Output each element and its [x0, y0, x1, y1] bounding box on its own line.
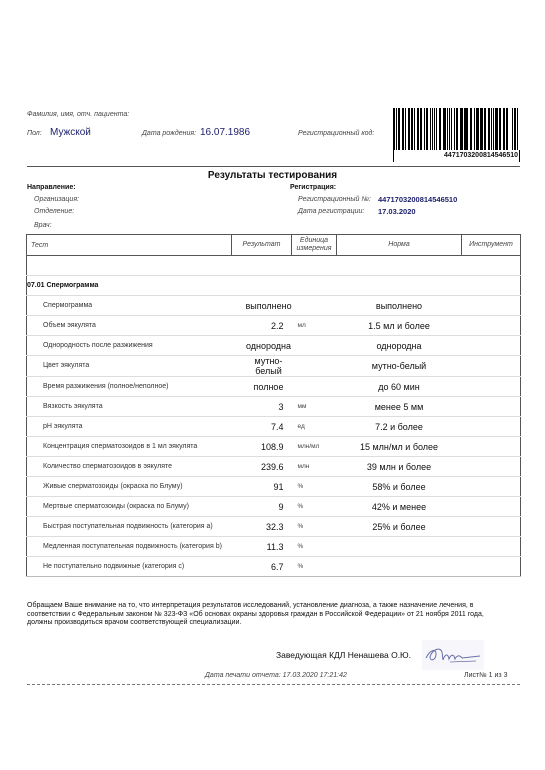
table-row: Медленная поступательная подвижность (ка…	[27, 537, 521, 557]
unit-value	[292, 296, 337, 316]
doctor-label: Врач:	[34, 222, 52, 229]
norm-value: 15 млн/мл и более	[337, 437, 462, 457]
unit-value: млн/мл	[292, 437, 337, 457]
table-row: Не поступательно подвижные (категория c)…	[27, 557, 521, 577]
registration-code-label: Регистрационный код:	[298, 130, 374, 137]
instrument-value	[462, 537, 521, 557]
divider	[27, 166, 520, 167]
table-row: Спермограммавыполненовыполнено	[27, 296, 521, 316]
result-value: 11.3	[232, 537, 292, 557]
test-name: Концентрация сперматозоидов в 1 мл эякул…	[27, 437, 232, 457]
norm-value: 42% и менее	[337, 497, 462, 517]
instrument-value	[462, 497, 521, 517]
norm-value: выполнено	[337, 296, 462, 316]
norm-value: менее 5 мм	[337, 397, 462, 417]
result-value: 7.4	[232, 417, 292, 437]
barcode-number: 4471703200814546510	[444, 152, 518, 159]
instrument-value	[462, 316, 521, 336]
norm-value: мутно-белый	[337, 356, 462, 377]
registration-date-value: 17.03.2020	[378, 207, 416, 216]
test-name: Однородность после разжижения	[27, 336, 232, 356]
column-header-unit: Единица измерения	[292, 235, 337, 256]
norm-value: 25% и более	[337, 517, 462, 537]
test-name: Медленная поступательная подвижность (ка…	[27, 537, 232, 557]
unit-value: %	[292, 477, 337, 497]
table-row: Вязкость эякулята3ммменее 5 мм	[27, 397, 521, 417]
department-label: Отделение:	[34, 208, 74, 215]
signature-icon	[422, 640, 484, 670]
instrument-value	[462, 336, 521, 356]
unit-value: %	[292, 497, 337, 517]
group-name: 07.01 Спермограмма	[27, 276, 521, 296]
barcode: 4471703200814546510	[393, 108, 520, 163]
column-header-result: Результат	[232, 235, 292, 256]
disclaimer-text: Обращаем Ваше внимание на то, что интерп…	[27, 602, 507, 628]
table-row: Мертвые сперматозоиды (окраска по Блуму)…	[27, 497, 521, 517]
organization-label: Организация:	[34, 196, 79, 203]
table-row: Цвет эякулятамутно-белыймутно-белый	[27, 356, 521, 377]
instrument-value	[462, 517, 521, 537]
instrument-value	[462, 417, 521, 437]
unit-value: ед	[292, 417, 337, 437]
table-row: Объем эякулята2.2мл1.5 мл и более	[27, 316, 521, 336]
norm-value: 7.2 и более	[337, 417, 462, 437]
patient-name-label: Фамилия, имя, отч. пациента:	[27, 111, 129, 118]
test-name: Время разжижения (полное/неполное)	[27, 377, 232, 397]
column-header-instrument: Инструмент	[462, 235, 521, 256]
norm-value	[337, 557, 462, 577]
registration-number-value: 4471703200814546510	[378, 195, 457, 204]
instrument-value	[462, 397, 521, 417]
result-value: 32.3	[232, 517, 292, 537]
instrument-value	[462, 557, 521, 577]
instrument-value	[462, 457, 521, 477]
result-value: 91	[232, 477, 292, 497]
instrument-value	[462, 356, 521, 377]
dob-value: 16.07.1986	[200, 127, 250, 138]
table-row: Концентрация сперматозоидов в 1 мл эякул…	[27, 437, 521, 457]
test-name: Спермограмма	[27, 296, 232, 316]
instrument-value	[462, 437, 521, 457]
table-row: Количество сперматозоидов в эякуляте239.…	[27, 457, 521, 477]
column-header-norm: Норма	[337, 235, 462, 256]
registration-heading: Регистрация:	[290, 184, 336, 191]
test-name: Объем эякулята	[27, 316, 232, 336]
result-value: 2.2	[232, 316, 292, 336]
table-row: Живые сперматозоиды (окраска по Блуму)91…	[27, 477, 521, 497]
unit-value: мм	[292, 397, 337, 417]
result-value: однородна	[232, 336, 292, 356]
test-name: Цвет эякулята	[27, 356, 232, 377]
print-date: Дата печати отчета: 17.03.2020 17:21:42	[205, 672, 347, 679]
result-value: 239.6	[232, 457, 292, 477]
result-value: выполнено	[232, 296, 292, 316]
norm-value: 39 млн и более	[337, 457, 462, 477]
result-value: 108.9	[232, 437, 292, 457]
norm-value: 58% и более	[337, 477, 462, 497]
unit-value: %	[292, 517, 337, 537]
table-row: Время разжижения (полное/неполное)полное…	[27, 377, 521, 397]
unit-value	[292, 336, 337, 356]
column-header-test: Тест	[27, 235, 232, 256]
page-title: Результаты тестирования	[0, 170, 545, 181]
group-row: 07.01 Спермограмма	[27, 276, 521, 296]
sex-label: Пол:	[27, 130, 42, 137]
instrument-value	[462, 296, 521, 316]
test-name: pH эякулята	[27, 417, 232, 437]
test-name: Не поступательно подвижные (категория c)	[27, 557, 232, 577]
table-row: pH эякулята7.4ед7.2 и более	[27, 417, 521, 437]
result-value: 6.7	[232, 557, 292, 577]
registration-number-label: Регистрационный №:	[298, 196, 371, 203]
result-value: 3	[232, 397, 292, 417]
unit-value	[292, 377, 337, 397]
dob-label: Дата рождения:	[142, 130, 196, 137]
barcode-bars	[393, 108, 520, 150]
norm-value: 1.5 мл и более	[337, 316, 462, 336]
unit-value	[292, 356, 337, 377]
spacer-row	[27, 256, 521, 276]
result-value: мутно-белый	[232, 356, 292, 377]
instrument-value	[462, 377, 521, 397]
test-name: Живые сперматозоиды (окраска по Блуму)	[27, 477, 232, 497]
unit-value: мл	[292, 316, 337, 336]
norm-value: до 60 мин	[337, 377, 462, 397]
result-value: полное	[232, 377, 292, 397]
registration-date-label: Дата регистрации:	[298, 208, 364, 215]
head-of-lab: Заведующая КДЛ Ненашева О.Ю.	[276, 650, 411, 660]
test-name: Мертвые сперматозоиды (окраска по Блуму)	[27, 497, 232, 517]
table-row: Быстрая поступательная подвижность (кате…	[27, 517, 521, 537]
instrument-value	[462, 477, 521, 497]
table-header-row: Тест Результат Единица измерения Норма И…	[27, 235, 521, 256]
table-row: Однородность после разжиженияоднороднаод…	[27, 336, 521, 356]
norm-value: однородна	[337, 336, 462, 356]
sheet-number: Лист№ 1 из 3	[464, 672, 507, 679]
norm-value	[337, 537, 462, 557]
dashed-divider	[27, 684, 520, 685]
unit-value: %	[292, 537, 337, 557]
unit-value: млн	[292, 457, 337, 477]
results-table: Тест Результат Единица измерения Норма И…	[26, 234, 521, 577]
result-value: 9	[232, 497, 292, 517]
referral-heading: Направление:	[27, 184, 76, 191]
test-name: Количество сперматозоидов в эякуляте	[27, 457, 232, 477]
test-name: Быстрая поступательная подвижность (кате…	[27, 517, 232, 537]
unit-value: %	[292, 557, 337, 577]
signature-image	[422, 640, 484, 670]
sex-value: Мужской	[50, 127, 91, 138]
test-name: Вязкость эякулята	[27, 397, 232, 417]
